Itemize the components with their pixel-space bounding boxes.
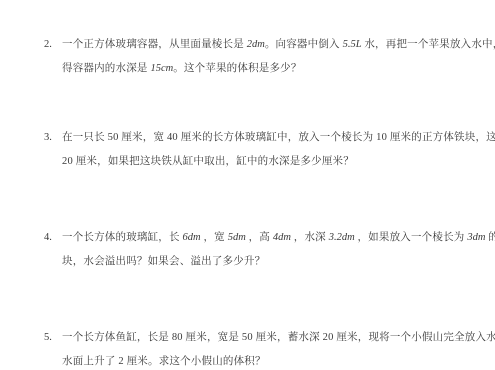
problem-text: 得容器内的水深是	[62, 63, 150, 74]
problem-line: 块，水会溢出吗？如果会、溢出了多少升？	[44, 250, 480, 274]
problem-line: 5.一个长方体鱼缸，长是 80 厘米，宽是 50 厘米，蓄水深 20 厘米，现将…	[44, 326, 480, 350]
problem-line: 4.一个长方体的玻璃缸，长 6dm ，宽 5dm ，高 4dm ，水深 3.2d…	[44, 226, 480, 250]
problem-text: 水面上升了 2 厘米。求这个小假山的体积？	[62, 356, 266, 367]
problem-number: 3.	[44, 126, 62, 150]
problem-text: ，如果放入一个棱长为	[355, 232, 468, 243]
problem: 4.一个长方体的玻璃缸，长 6dm ，宽 5dm ，高 4dm ，水深 3.2d…	[44, 226, 480, 274]
problem-text: ，水深	[291, 232, 329, 243]
math-value: 3.2dm	[329, 232, 355, 243]
problem-line: 20 厘米，如果把这块铁从缸中取出，缸中的水深是多少厘米？	[44, 150, 480, 174]
problem-text: ，高	[246, 232, 273, 243]
problem-text: 20 厘米，如果把这块铁从缸中取出，缸中的水深是多少厘米？	[62, 156, 354, 167]
problem-line: 得容器内的水深是 15cm。这个苹果的体积是多少？	[44, 57, 480, 81]
problem-line: 3.在一只长 50 厘米，宽 40 厘米的长方体玻璃缸中，放入一个棱长为 10 …	[44, 126, 480, 150]
math-value: 4dm	[273, 232, 291, 243]
problem-number: 2.	[44, 33, 62, 57]
math-value: 2dm	[247, 39, 265, 50]
problem-text: 一个长方体鱼缸，长是 80 厘米，宽是 50 厘米，蓄水深 20 厘米，现将一个…	[62, 332, 495, 343]
problem-text: 在一只长 50 厘米，宽 40 厘米的长方体玻璃缸中，放入一个棱长为 10 厘米…	[62, 132, 495, 143]
problem-text: ，宽	[201, 232, 228, 243]
problem-text: 块，水会溢出吗？如果会、溢出了多少升？	[62, 256, 265, 267]
problem: 3.在一只长 50 厘米，宽 40 厘米的长方体玻璃缸中，放入一个棱长为 10 …	[44, 126, 480, 174]
problem-text: 一个长方体的玻璃缸，长	[62, 232, 183, 243]
problem-text: 水，再把一个苹果放入水中，这时量	[362, 39, 495, 50]
math-value: 15cm	[150, 63, 173, 74]
problem-text: 的正方体铁	[485, 232, 495, 243]
problem-line: 水面上升了 2 厘米。求这个小假山的体积？	[44, 350, 480, 370]
math-value: 3dm	[467, 232, 485, 243]
problem-number: 5.	[44, 326, 62, 350]
problem-text: 。向容器中倒入	[265, 39, 343, 50]
math-value: 5.5L	[343, 39, 362, 50]
problem-line: 2.一个正方体玻璃容器，从里面量棱长是 2dm。向容器中倒入 5.5L 水，再把…	[44, 33, 480, 57]
problem-text: 一个正方体玻璃容器，从里面量棱长是	[62, 39, 247, 50]
problem: 5.一个长方体鱼缸，长是 80 厘米，宽是 50 厘米，蓄水深 20 厘米，现将…	[44, 326, 480, 370]
math-value: 6dm	[183, 232, 201, 243]
problem-text: 。这个苹果的体积是多少？	[173, 63, 301, 74]
math-value: 5dm	[228, 232, 246, 243]
problem-number: 4.	[44, 226, 62, 250]
problem: 2.一个正方体玻璃容器，从里面量棱长是 2dm。向容器中倒入 5.5L 水，再把…	[44, 33, 480, 81]
worksheet-page: 2.一个正方体玻璃容器，从里面量棱长是 2dm。向容器中倒入 5.5L 水，再把…	[0, 0, 495, 370]
